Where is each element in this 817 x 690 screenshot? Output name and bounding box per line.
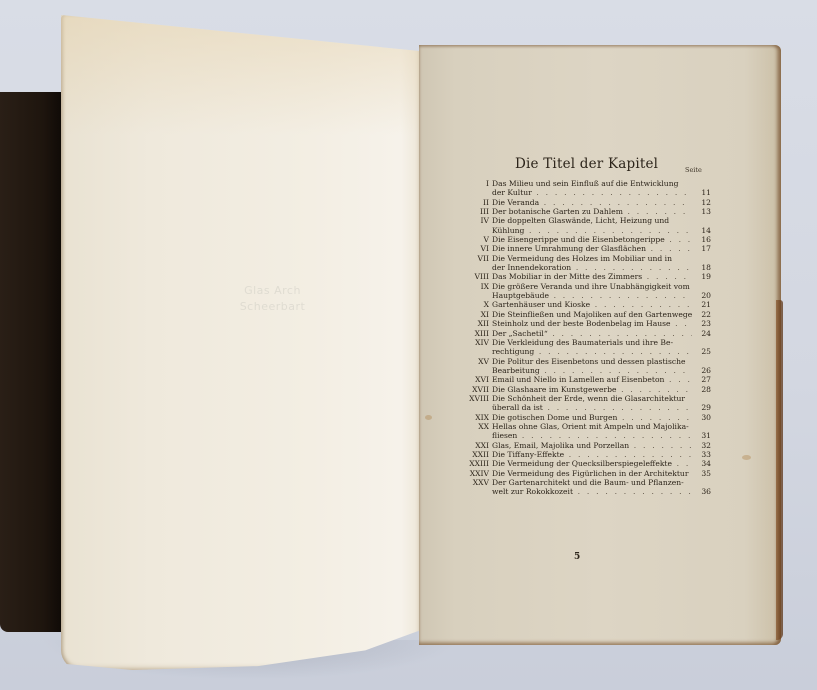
chapter-title: Der botanische Garten zu Dahlem . . . . …	[492, 207, 692, 216]
chapter-title: Die Vermeidung des Holzes im Mobiliar un…	[492, 254, 692, 263]
chapter-title: Die Steinfließen und Majoliken auf den G…	[492, 310, 692, 319]
leader-dots: . . . . . . . . . . . . . . . . . . . . …	[524, 226, 692, 235]
toc-entry: XVDie Politur des Eisenbetons und dessen…	[463, 357, 718, 376]
toc-entry: XXIII34Die Vermeidung der Quecksilberspi…	[463, 459, 718, 468]
toc-entry: IVDie doppelten Glaswände, Licht, Heizun…	[463, 216, 718, 235]
chapter-roman-numeral: IV	[463, 216, 489, 225]
chapter-title: Die gotischen Dome und Burgen . . . . . …	[492, 413, 692, 422]
toc-entry: XIX30Die gotischen Dome und Burgen . . .…	[463, 413, 718, 422]
chapter-title: Die Schönheit der Erde, wenn die Glasarc…	[492, 394, 692, 403]
leader-dots: . . . . . . . . . . . . . . . . . . . . …	[646, 244, 692, 253]
toc-entry-line: XVIIIDie Schönheit der Erde, wenn die Gl…	[463, 394, 718, 403]
chapter-page-number: 23	[695, 319, 711, 328]
chapter-roman-numeral: XV	[463, 357, 489, 366]
chapter-roman-numeral: XVIII	[463, 394, 489, 403]
left-page-blank	[61, 15, 419, 670]
leader-dots: . . . . . . . . . . . . . . . . . . . . …	[629, 441, 692, 450]
chapter-roman-numeral: I	[463, 179, 489, 188]
toc-entry-line: V16Die Eisengerippe und die Eisenbetonge…	[463, 235, 718, 244]
chapter-roman-numeral: XIII	[463, 329, 489, 338]
toc-entry-line: XXHellas ohne Glas, Orient mit Ampeln un…	[463, 422, 718, 431]
toc-entry-line: III13Der botanische Garten zu Dahlem . .…	[463, 207, 718, 216]
chapter-page-number: 28	[695, 385, 711, 394]
toc-entry-line: 18der Innendekoration . . . . . . . . . …	[463, 263, 718, 272]
chapter-title: überall da ist . . . . . . . . . . . . .…	[492, 403, 692, 412]
chapter-roman-numeral: XXIV	[463, 469, 489, 478]
seite-column-label: Seite	[685, 166, 702, 174]
toc-entry-line: VIIDie Vermeidung des Holzes im Mobiliar…	[463, 254, 718, 263]
leader-dots: . . . . . . . . . . . . . . . . . . . . …	[664, 375, 692, 384]
paper-stain	[425, 415, 432, 420]
chapter-roman-numeral: VI	[463, 244, 489, 253]
toc-entry-line: VI17Die innere Umrahmung der Glasflächen…	[463, 244, 718, 253]
chapter-page-number: 21	[695, 300, 711, 309]
toc-entry-line: II12Die Veranda . . . . . . . . . . . . …	[463, 198, 718, 207]
chapter-roman-numeral: III	[463, 207, 489, 216]
toc-entry-list: IDas Milieu und sein Einfluß auf die Ent…	[463, 179, 718, 497]
chapter-roman-numeral: XXV	[463, 478, 489, 487]
paper-aging-tint	[61, 15, 419, 135]
toc-entry-line: IDas Milieu und sein Einfluß auf die Ent…	[463, 179, 718, 188]
toc-entry-line: XIX30Die gotischen Dome und Burgen . . .…	[463, 413, 718, 422]
toc-entry-line: XXI32Glas, Email, Majolika und Porzellan…	[463, 441, 718, 450]
chapter-title: Das Milieu und sein Einfluß auf die Entw…	[492, 179, 692, 188]
chapter-roman-numeral: V	[463, 235, 489, 244]
chapter-roman-numeral: XXIII	[463, 459, 489, 468]
toc-entry-line: 25rechtigung . . . . . . . . . . . . . .…	[463, 347, 718, 356]
toc-entry: XII23Steinholz und der beste Bodenbelag …	[463, 319, 718, 328]
chapter-page-number: 20	[695, 291, 711, 300]
chapter-page-number: 17	[695, 244, 711, 253]
chapter-page-number: 31	[695, 431, 711, 440]
toc-entry: II12Die Veranda . . . . . . . . . . . . …	[463, 198, 718, 207]
chapter-page-number: 12	[695, 198, 711, 207]
toc-entry: XXI32Glas, Email, Majolika und Porzellan…	[463, 441, 718, 450]
chapter-title: Hauptgebäude . . . . . . . . . . . . . .…	[492, 291, 692, 300]
chapter-page-number: 33	[695, 450, 711, 459]
chapter-title: Die Tiffany-Effekte . . . . . . . . . . …	[492, 450, 692, 459]
chapter-title: welt zur Rokokkozeit . . . . . . . . . .…	[492, 487, 692, 496]
chapter-page-number: 22	[695, 310, 711, 319]
toc-entry: XXII33Die Tiffany-Effekte . . . . . . . …	[463, 450, 718, 459]
chapter-title: Glas, Email, Majolika und Porzellan . . …	[492, 441, 692, 450]
toc-entry: VIIDie Vermeidung des Holzes im Mobiliar…	[463, 254, 718, 273]
toc-entry-line: XII23Steinholz und der beste Bodenbelag …	[463, 319, 718, 328]
chapter-page-number: 32	[695, 441, 711, 450]
toc-entry-line: XXIII34Die Vermeidung der Quecksilberspi…	[463, 459, 718, 468]
toc-entry: XVIIIDie Schönheit der Erde, wenn die Gl…	[463, 394, 718, 413]
chapter-title: Kühlung . . . . . . . . . . . . . . . . …	[492, 226, 692, 235]
chapter-title: Gartenhäuser und Kioske . . . . . . . . …	[492, 300, 692, 309]
chapter-roman-numeral: XII	[463, 319, 489, 328]
toc-entry-line: XXII33Die Tiffany-Effekte . . . . . . . …	[463, 450, 718, 459]
chapter-roman-numeral: XVI	[463, 375, 489, 384]
leader-dots: . . . . . . . . . . . . . . . . . . . . …	[688, 469, 692, 478]
toc-entry-line: 11der Kultur . . . . . . . . . . . . . .…	[463, 188, 718, 197]
chapter-title: der Kultur . . . . . . . . . . . . . . .…	[492, 188, 692, 197]
toc-entry-line: XVI27Email und Niello in Lamellen auf Ei…	[463, 375, 718, 384]
toc-entry-line: X21Gartenhäuser und Kioske . . . . . . .…	[463, 300, 718, 309]
chapter-title: Die Veranda . . . . . . . . . . . . . . …	[492, 198, 692, 207]
chapter-roman-numeral: VII	[463, 254, 489, 263]
toc-entry-line: 36welt zur Rokokkozeit . . . . . . . . .…	[463, 487, 718, 496]
chapter-roman-numeral: XVII	[463, 385, 489, 394]
chapter-title: Die Eisengerippe und die Eisenbetongerip…	[492, 235, 692, 244]
chapter-page-number: 35	[695, 469, 711, 478]
chapter-page-number: 30	[695, 413, 711, 422]
toc-entry: IDas Milieu und sein Einfluß auf die Ent…	[463, 179, 718, 198]
chapter-title: Die Politur des Eisenbetons und dessen p…	[492, 357, 692, 366]
chapter-title: Die Vermeidung der Quecksilberspiegeleff…	[492, 459, 692, 468]
chapter-page-number: 34	[695, 459, 711, 468]
toc-title: Die Titel der Kapitel	[515, 156, 658, 172]
chapter-title: Die innere Umrahmung der Glasflächen . .…	[492, 244, 692, 253]
toc-entry: VI17Die innere Umrahmung der Glasflächen…	[463, 244, 718, 253]
chapter-title: Der Gartenarchitekt und die Baum- und Pf…	[492, 478, 692, 487]
chapter-title: Email und Niello in Lamellen auf Eisenbe…	[492, 375, 692, 384]
leader-dots: . . . . . . . . . . . . . . . . . . . . …	[549, 291, 692, 300]
toc-entry-line: XIVDie Verkleidung des Baumaterials und …	[463, 338, 718, 347]
chapter-roman-numeral: XX	[463, 422, 489, 431]
chapter-title: Steinholz und der beste Bodenbelag im Ha…	[492, 319, 692, 328]
chapter-page-number: 27	[695, 375, 711, 384]
leader-dots: . . . . . . . . . . . . . . . . . . . . …	[532, 188, 692, 197]
chapter-page-number: 16	[695, 235, 711, 244]
leader-dots: . . . . . . . . . . . . . . . . . . . . …	[534, 347, 692, 356]
leader-dots: . . . . . . . . . . . . . . . . . . . . …	[671, 319, 693, 328]
chapter-title: rechtigung . . . . . . . . . . . . . . .…	[492, 347, 692, 356]
toc-entry: XVII28Die Glashaare im Kunstgewerbe . . …	[463, 385, 718, 394]
show-through-text: Glas Arch Scheerbart	[225, 283, 320, 315]
toc-entry-line: XVDie Politur des Eisenbetons und dessen…	[463, 357, 718, 366]
chapter-roman-numeral: XIV	[463, 338, 489, 347]
toc-entry-line: 20Hauptgebäude . . . . . . . . . . . . .…	[463, 291, 718, 300]
toc-entry: IXDie größere Veranda und ihre Unabhängi…	[463, 282, 718, 301]
toc-entry-line: 31fliesen . . . . . . . . . . . . . . . …	[463, 431, 718, 440]
chapter-roman-numeral: IX	[463, 282, 489, 291]
chapter-title: Das Mobiliar in der Mitte des Zimmers . …	[492, 272, 692, 281]
chapter-page-number: 14	[695, 226, 711, 235]
chapter-roman-numeral: XI	[463, 310, 489, 319]
leader-dots: . . . . . . . . . . . . . . . . . . . . …	[543, 403, 692, 412]
chapter-title: Die doppelten Glaswände, Licht, Heizung …	[492, 216, 692, 225]
book-cover-edge	[0, 92, 62, 632]
toc-entry-line: XIII24Der „Sachetil“ . . . . . . . . . .…	[463, 329, 718, 338]
leader-dots: . . . . . . . . . . . . . . . . . . . . …	[548, 329, 692, 338]
photo-scene: Glas Arch Scheerbart Die Titel der Kapit…	[0, 0, 817, 690]
leader-dots: . . . . . . . . . . . . . . . . . . . . …	[642, 272, 692, 281]
chapter-roman-numeral: XXII	[463, 450, 489, 459]
chapter-title: Die Glashaare im Kunstgewerbe . . . . . …	[492, 385, 692, 394]
toc-entry-line: XI22Die Steinfließen und Majoliken auf d…	[463, 310, 718, 319]
chapter-title: der Innendekoration . . . . . . . . . . …	[492, 263, 692, 272]
leader-dots: . . . . . . . . . . . . . . . . . . . . …	[540, 366, 692, 375]
leader-dots: . . . . . . . . . . . . . . . . . . . . …	[564, 450, 692, 459]
chapter-page-number: 11	[695, 188, 711, 197]
toc-entry-line: XVII28Die Glashaare im Kunstgewerbe . . …	[463, 385, 718, 394]
chapter-roman-numeral: XIX	[463, 413, 489, 422]
chapter-title: Hellas ohne Glas, Orient mit Ampeln und …	[492, 422, 692, 431]
leader-dots: . . . . . . . . . . . . . . . . . . . . …	[623, 207, 692, 216]
toc-entry: VIII19Das Mobiliar in der Mitte des Zimm…	[463, 272, 718, 281]
toc-entry-line: IVDie doppelten Glaswände, Licht, Heizun…	[463, 216, 718, 225]
chapter-page-number: 36	[695, 487, 711, 496]
chapter-roman-numeral: X	[463, 300, 489, 309]
leader-dots: . . . . . . . . . . . . . . . . . . . . …	[665, 235, 692, 244]
toc-entry-line: 14Kühlung . . . . . . . . . . . . . . . …	[463, 226, 718, 235]
leader-dots: . . . . . . . . . . . . . . . . . . . . …	[617, 413, 692, 422]
chapter-page-number: 19	[695, 272, 711, 281]
toc-entry: XXIV35Die Vermeidung des Figürlichen in …	[463, 469, 718, 478]
chapter-page-number: 26	[695, 366, 711, 375]
leader-dots: . . . . . . . . . . . . . . . . . . . . …	[672, 459, 692, 468]
chapter-page-number: 25	[695, 347, 711, 356]
chapter-page-number: 18	[695, 263, 711, 272]
leader-dots: . . . . . . . . . . . . . . . . . . . . …	[571, 263, 692, 272]
chapter-title: Die Verkleidung des Baumaterials und ihr…	[492, 338, 692, 347]
toc-entry: XIVDie Verkleidung des Baumaterials und …	[463, 338, 718, 357]
leader-dots: . . . . . . . . . . . . . . . . . . . . …	[573, 487, 692, 496]
toc-entry-line: VIII19Das Mobiliar in der Mitte des Zimm…	[463, 272, 718, 281]
chapter-roman-numeral: VIII	[463, 272, 489, 281]
foxed-page-edge	[776, 300, 783, 640]
page-number: 5	[574, 552, 580, 562]
chapter-page-number: 13	[695, 207, 711, 216]
chapter-title: fliesen . . . . . . . . . . . . . . . . …	[492, 431, 692, 440]
toc-entry-line: XXVDer Gartenarchitekt und die Baum- und…	[463, 478, 718, 487]
chapter-roman-numeral: II	[463, 198, 489, 207]
chapter-title: Die größere Veranda und ihre Unabhängigk…	[492, 282, 692, 291]
chapter-title: Die Vermeidung des Figürlichen in der Ar…	[492, 469, 692, 478]
toc-entry-line: IXDie größere Veranda und ihre Unabhängi…	[463, 282, 718, 291]
leader-dots: . . . . . . . . . . . . . . . . . . . . …	[539, 198, 692, 207]
leader-dots: . . . . . . . . . . . . . . . . . . . . …	[590, 300, 692, 309]
toc-entry: XXHellas ohne Glas, Orient mit Ampeln un…	[463, 422, 718, 441]
toc-entry: X21Gartenhäuser und Kioske . . . . . . .…	[463, 300, 718, 309]
leader-dots: . . . . . . . . . . . . . . . . . . . . …	[517, 431, 692, 440]
chapter-page-number: 24	[695, 329, 711, 338]
chapter-roman-numeral: XXI	[463, 441, 489, 450]
toc-entry: XIII24Der „Sachetil“ . . . . . . . . . .…	[463, 329, 718, 338]
toc-entry: XVI27Email und Niello in Lamellen auf Ei…	[463, 375, 718, 384]
chapter-page-number: 29	[695, 403, 711, 412]
paper-stain	[742, 455, 751, 460]
leader-dots: . . . . . . . . . . . . . . . . . . . . …	[616, 385, 692, 394]
toc-entry-line: 26Bearbeitung . . . . . . . . . . . . . …	[463, 366, 718, 375]
toc-entry-line: 29überall da ist . . . . . . . . . . . .…	[463, 403, 718, 412]
toc-entry: XI22Die Steinfließen und Majoliken auf d…	[463, 310, 718, 319]
chapter-title: Der „Sachetil“ . . . . . . . . . . . . .…	[492, 329, 692, 338]
toc-entry: XXVDer Gartenarchitekt und die Baum- und…	[463, 478, 718, 497]
toc-entry-line: XXIV35Die Vermeidung des Figürlichen in …	[463, 469, 718, 478]
toc-entry: III13Der botanische Garten zu Dahlem . .…	[463, 207, 718, 216]
chapter-title: Bearbeitung . . . . . . . . . . . . . . …	[492, 366, 692, 375]
toc-entry: V16Die Eisengerippe und die Eisenbetonge…	[463, 235, 718, 244]
